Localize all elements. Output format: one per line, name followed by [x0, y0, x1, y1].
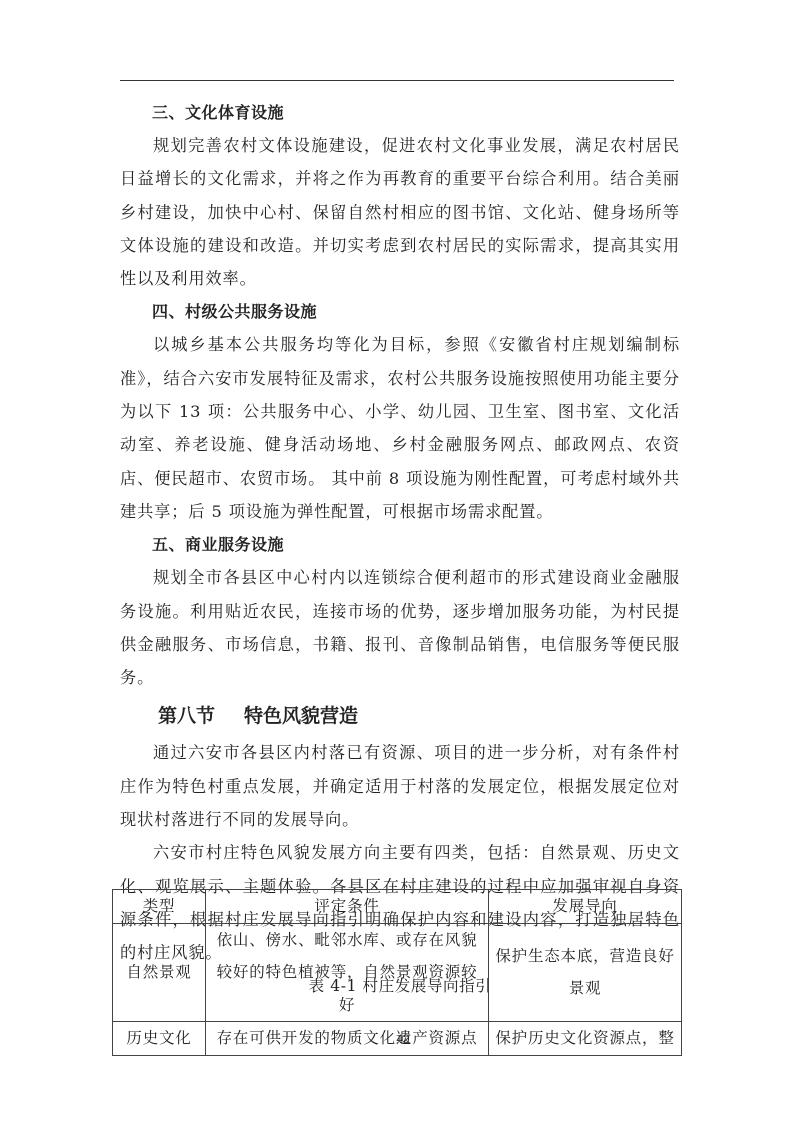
- table-cell-type: 自然景观: [113, 923, 206, 1022]
- page-number: 42: [0, 1032, 793, 1046]
- table-header-type: 类型: [113, 890, 206, 924]
- table-header-criteria: 评定条件: [206, 890, 489, 924]
- chapter-paragraph-1: 通过六安市各县区内村落已有资源、项目的进一步分析，对有条件村庄作为特色村重点发展…: [120, 736, 680, 836]
- header-rule: [120, 80, 674, 81]
- table-header-direction: 发展导向: [489, 890, 682, 924]
- village-development-guide-table: 类型 评定条件 发展导向 自然景观 依山、傍水、毗邻水库、或存在风貌较好的特色植…: [112, 889, 682, 1056]
- section-heading-commercial-services: 五、商业服务设施: [120, 528, 680, 561]
- chapter-title: 特色风貌营造: [244, 705, 358, 727]
- section-heading-cultural-sports: 三、文化体育设施: [120, 96, 680, 129]
- table-header-row: 类型 评定条件 发展导向: [113, 890, 682, 924]
- section-heading-public-services: 四、村级公共服务设施: [120, 295, 680, 328]
- table-row: 自然景观 依山、傍水、毗邻水库、或存在风貌较好的特色植被等，自然景观资源较好 保…: [113, 923, 682, 1022]
- table-cell-criteria: 依山、傍水、毗邻水库、或存在风貌较好的特色植被等，自然景观资源较好: [206, 923, 489, 1022]
- paragraph-public-services: 以城乡基本公共服务均等化为目标，参照《安徽省村庄规划编制标准》，结合六安市发展特…: [120, 328, 680, 528]
- chapter-heading: 第八节特色风貌营造: [120, 696, 680, 736]
- paragraph-cultural-sports: 规划完善农村文体设施建设，促进农村文化事业发展，满足农村居民日益增长的文化需求，…: [120, 129, 680, 295]
- page-body: 三、文化体育设施 规划完善农村文体设施建设，促进农村文化事业发展，满足农村居民日…: [120, 96, 680, 1002]
- paragraph-commercial-services: 规划全市各县区中心村内以连锁综合便利超市的形式建设商业金融服务设施。利用贴近农民…: [120, 561, 680, 694]
- chapter-number: 第八节: [158, 696, 244, 736]
- table-cell-direction: 保护生态本底，营造良好景观: [489, 923, 682, 1022]
